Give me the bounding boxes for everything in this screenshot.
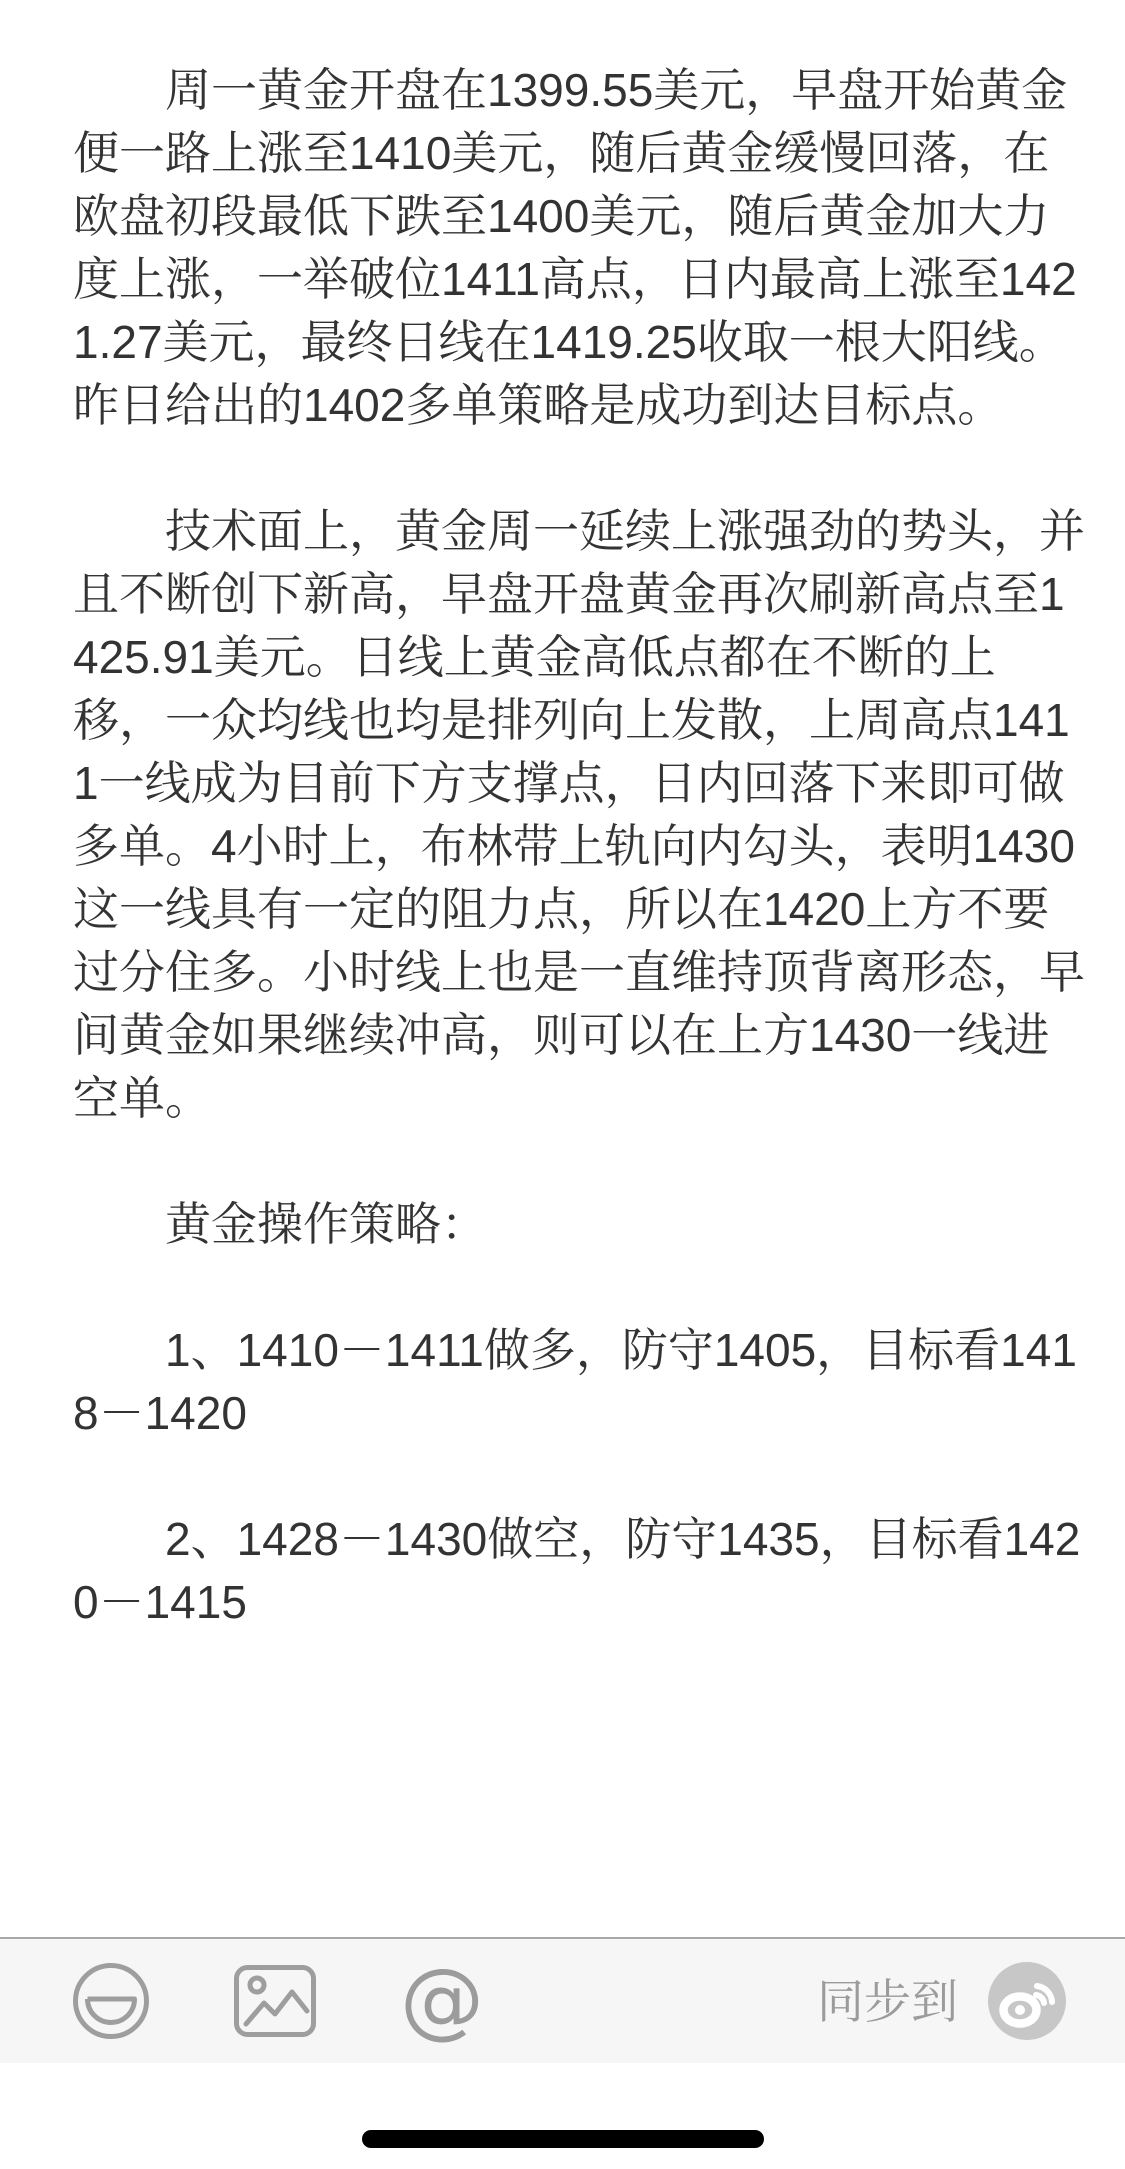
editor-paragraph-2: 技术面上，黄金周一延续上涨强劲的势头，并且不断创下新高，早盘开盘黄金再次刷新高点… <box>73 500 1085 1130</box>
mention-button[interactable]: @ <box>400 1959 484 2043</box>
weibo-compose-screen: 周一黄金开盘在1399.55美元，早盘开始黄金便一路上涨至1410美元，随后黄金… <box>0 0 1125 2169</box>
photo-button[interactable] <box>234 1965 316 2037</box>
picture-icon <box>234 1965 316 2037</box>
home-indicator[interactable] <box>362 2130 764 2148</box>
editor-paragraph-1: 周一黄金开盘在1399.55美元，早盘开始黄金便一路上涨至1410美元，随后黄金… <box>73 59 1085 437</box>
post-text-editor[interactable]: 周一黄金开盘在1399.55美元，早盘开始黄金便一路上涨至1410美元，随后黄金… <box>0 0 1125 1697</box>
smiley-laugh-icon <box>72 1962 150 2040</box>
editor-paragraph-3: 黄金操作策略： <box>73 1193 1085 1256</box>
at-icon: @ <box>400 1957 484 2041</box>
editor-paragraph-5: 2、1428－1430做空，防守1435，目标看1420－1415 <box>73 1508 1085 1634</box>
toolbar-icon-group: @ <box>72 1959 484 2043</box>
sync-to-label: 同步到 <box>817 1978 958 2025</box>
emoji-button[interactable] <box>72 1962 150 2040</box>
editor-paragraph-4: 1、1410－1411做多，防守1405，目标看1418－1420 <box>73 1319 1085 1445</box>
weibo-icon <box>988 1962 1066 2040</box>
weibo-sync-button[interactable] <box>988 1962 1066 2040</box>
compose-toolbar: @ 同步到 <box>0 1937 1125 2063</box>
toolbar-sync-group: 同步到 <box>817 1962 1066 2040</box>
